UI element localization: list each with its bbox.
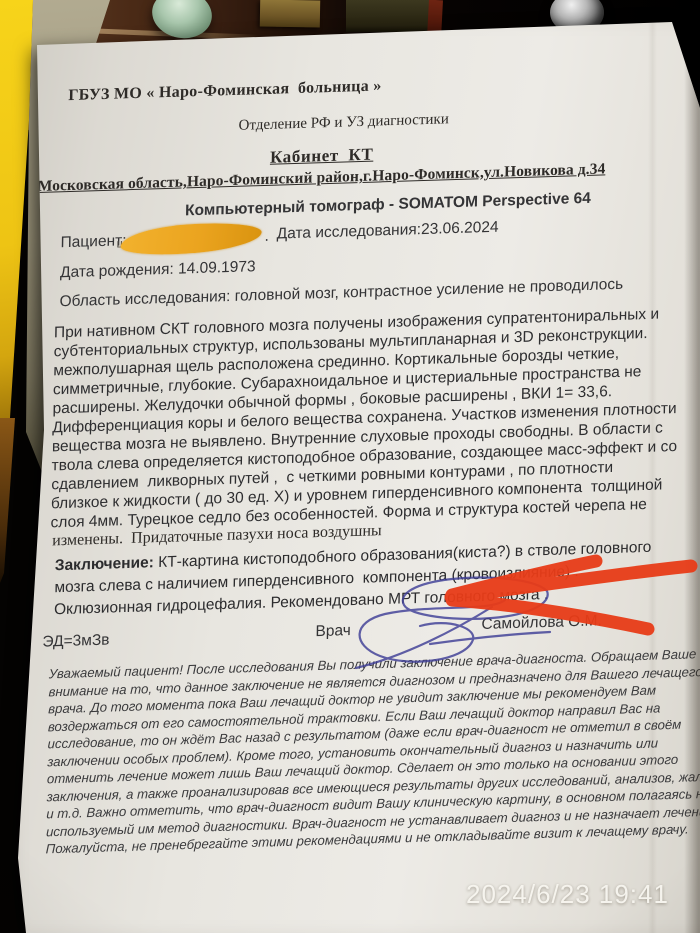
conclusion-label: Заключение: [55, 554, 154, 574]
photo-canvas: ГБУЗ МО « Наро-Фоминская больница » Отде… [0, 0, 700, 933]
scanner-model-line: Компьютерный томограф - SOMATOM Perspect… [185, 190, 591, 221]
patient-name-suffix: . [264, 228, 269, 246]
highlight-redaction [120, 219, 262, 258]
findings-text: При нативном СКТ головного мозга получен… [50, 304, 679, 532]
doctor-label: Врач [315, 622, 351, 641]
paper-document: ГБУЗ МО « Наро-Фоминская больница » Отде… [0, 0, 700, 933]
organization-name: ГБУЗ МО « Наро-Фоминская больница » [68, 77, 382, 105]
conclusion-block: Заключение: КТ-картина кистоподобного об… [54, 537, 652, 621]
radiation-dose: ЭД=3мЗв [42, 632, 109, 652]
patient-disclaimer: Уважаемый пациент! После исследования Вы… [46, 645, 700, 858]
conclusion-text: КТ-картина кистоподобного образования(ки… [54, 539, 652, 618]
study-area: Область исследования: головной мозг, кон… [59, 276, 623, 311]
birth-date: Дата рождения: 14.09.1973 [60, 258, 256, 282]
doctor-name: Самойлова О.М. [481, 612, 602, 634]
cabinet-title: Кабинет КТ [270, 145, 374, 168]
camera-timestamp: 2024/6/23 19:41 [466, 879, 669, 910]
department-line: Отделение РФ и УЗ диагностики [238, 111, 448, 135]
paper-right-edge-shade [684, 0, 700, 933]
study-date: Дата исследования:23.06.2024 [276, 219, 498, 244]
document-content: ГБУЗ МО « Наро-Фоминская больница » Отде… [25, 35, 700, 886]
